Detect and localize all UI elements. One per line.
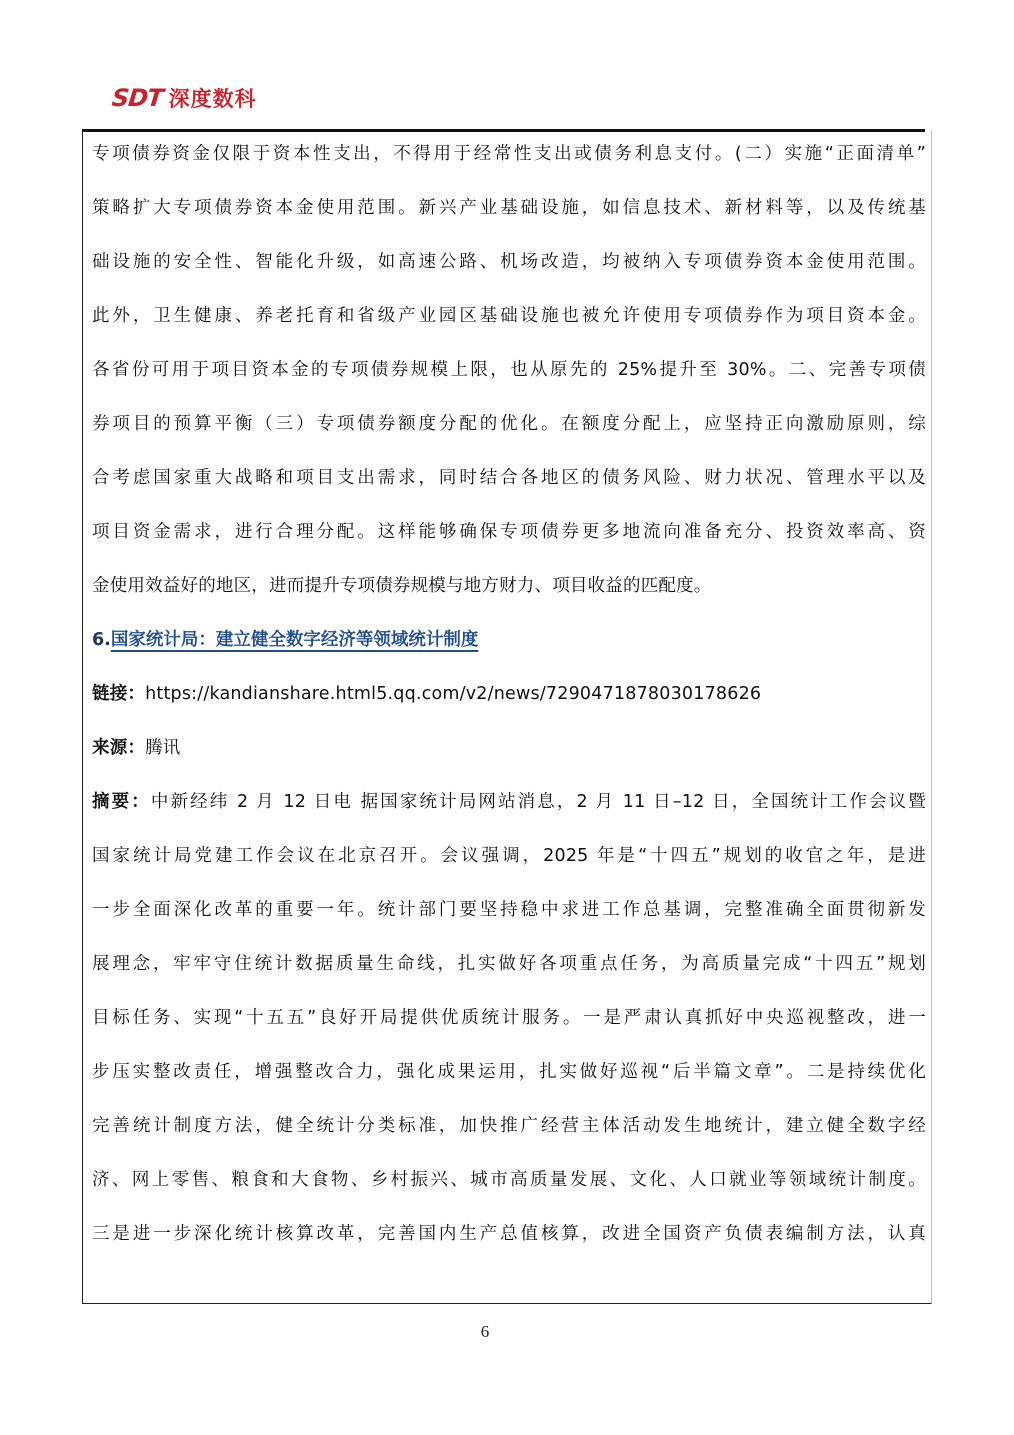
body-line: 各省份可用于项目资本金的专项债券规模上限，也从原先的 25%提升至 30%。二、… [92, 348, 926, 402]
summary-line: 三是进一步深化统计核算改革，完善国内生产总值核算，改进全国资产负债表编制方法，认… [92, 1212, 926, 1266]
summary-line: 展理念，牢牢守住统计数据质量生命线，扎实做好各项重点任务，为高质量完成“十四五”… [92, 942, 926, 996]
article-link-row: 链接：https://kandianshare.html5.qq.com/v2/… [92, 672, 926, 726]
summary-first-line: 摘要：中新经纬 2 月 12 日电 据国家统计局网站消息，2 月 11 日–12… [92, 780, 926, 834]
logo-mark: SDT [111, 84, 165, 112]
body-line: 项目资金需求，进行合理分配。这样能够确保专项债券更多地流向准备充分、投资效率高、… [92, 510, 926, 564]
summary-text: 中新经纬 2 月 12 日电 据国家统计局网站消息，2 月 11 日–12 日，… [151, 792, 926, 812]
article-title-link[interactable]: 国家统计局：建立健全数字经济等领域统计制度 [111, 630, 479, 650]
link-label: 链接： [92, 684, 145, 704]
summary-line: 一步全面深化改革的重要一年。统计部门要坚持稳中求进工作总基调，完整准确全面贯彻新… [92, 888, 926, 942]
summary-line: 目标任务、实现“十五五”良好开局提供优质统计服务。一是严肃认真抓好中央巡视整改，… [92, 996, 926, 1050]
body-line: 策略扩大专项债券资本金使用范围。新兴产业基础设施，如信息技术、新材料等，以及传统… [92, 186, 926, 240]
page-number: 6 [0, 1322, 970, 1342]
summary-line: 完善统计制度方法，健全统计分类标准，加快推广经营主体活动发生地统计，建立健全数字… [92, 1104, 926, 1158]
summary-line: 济、网上零售、粮食和大食物、乡村振兴、城市高质量发展、文化、人口就业等领域统计制… [92, 1158, 926, 1212]
document-body: 专项债券资金仅限于资本性支出，不得用于经常性支出或债务利息支付。(二）实施“正面… [92, 132, 926, 1266]
company-logo: SDT 深度数科 [112, 84, 257, 112]
body-line: 合考虑国家重大战略和项目支出需求，同时结合各地区的债务风险、财力状况、管理水平以… [92, 456, 926, 510]
summary-label: 摘要： [92, 792, 151, 812]
body-line: 此外，卫生健康、养老托育和省级产业园区基础设施也被允许使用专项债券作为项目资本金… [92, 294, 926, 348]
source-label: 来源： [92, 738, 145, 758]
body-line: 券项目的预算平衡（三）专项债券额度分配的优化。在额度分配上，应坚持正向激励原则，… [92, 402, 926, 456]
logo-text: 深度数科 [169, 83, 257, 113]
summary-line: 国家统计局党建工作会议在北京召开。会议强调，2025 年是“十四五”规划的收官之… [92, 834, 926, 888]
summary-line: 步压实整改责任，增强整改合力，强化成果运用，扎实做好巡视“后半篇文章”。二是持续… [92, 1050, 926, 1104]
article-heading: 6.国家统计局：建立健全数字经济等领域统计制度 [92, 618, 926, 672]
body-line: 金使用效益好的地区，进而提升专项债券规模与地方财力、项目收益的匹配度。 [92, 564, 926, 618]
body-line: 础设施的安全性、智能化升级，如高速公路、机场改造，均被纳入专项债券资本金使用范围… [92, 240, 926, 294]
body-line: 专项债券资金仅限于资本性支出，不得用于经常性支出或债务利息支付。(二）实施“正面… [92, 132, 926, 186]
article-url[interactable]: https://kandianshare.html5.qq.com/v2/new… [145, 684, 761, 704]
article-source-row: 来源：腾讯 [92, 726, 926, 780]
source-value: 腾讯 [145, 738, 180, 758]
article-number: 6. [92, 630, 111, 650]
